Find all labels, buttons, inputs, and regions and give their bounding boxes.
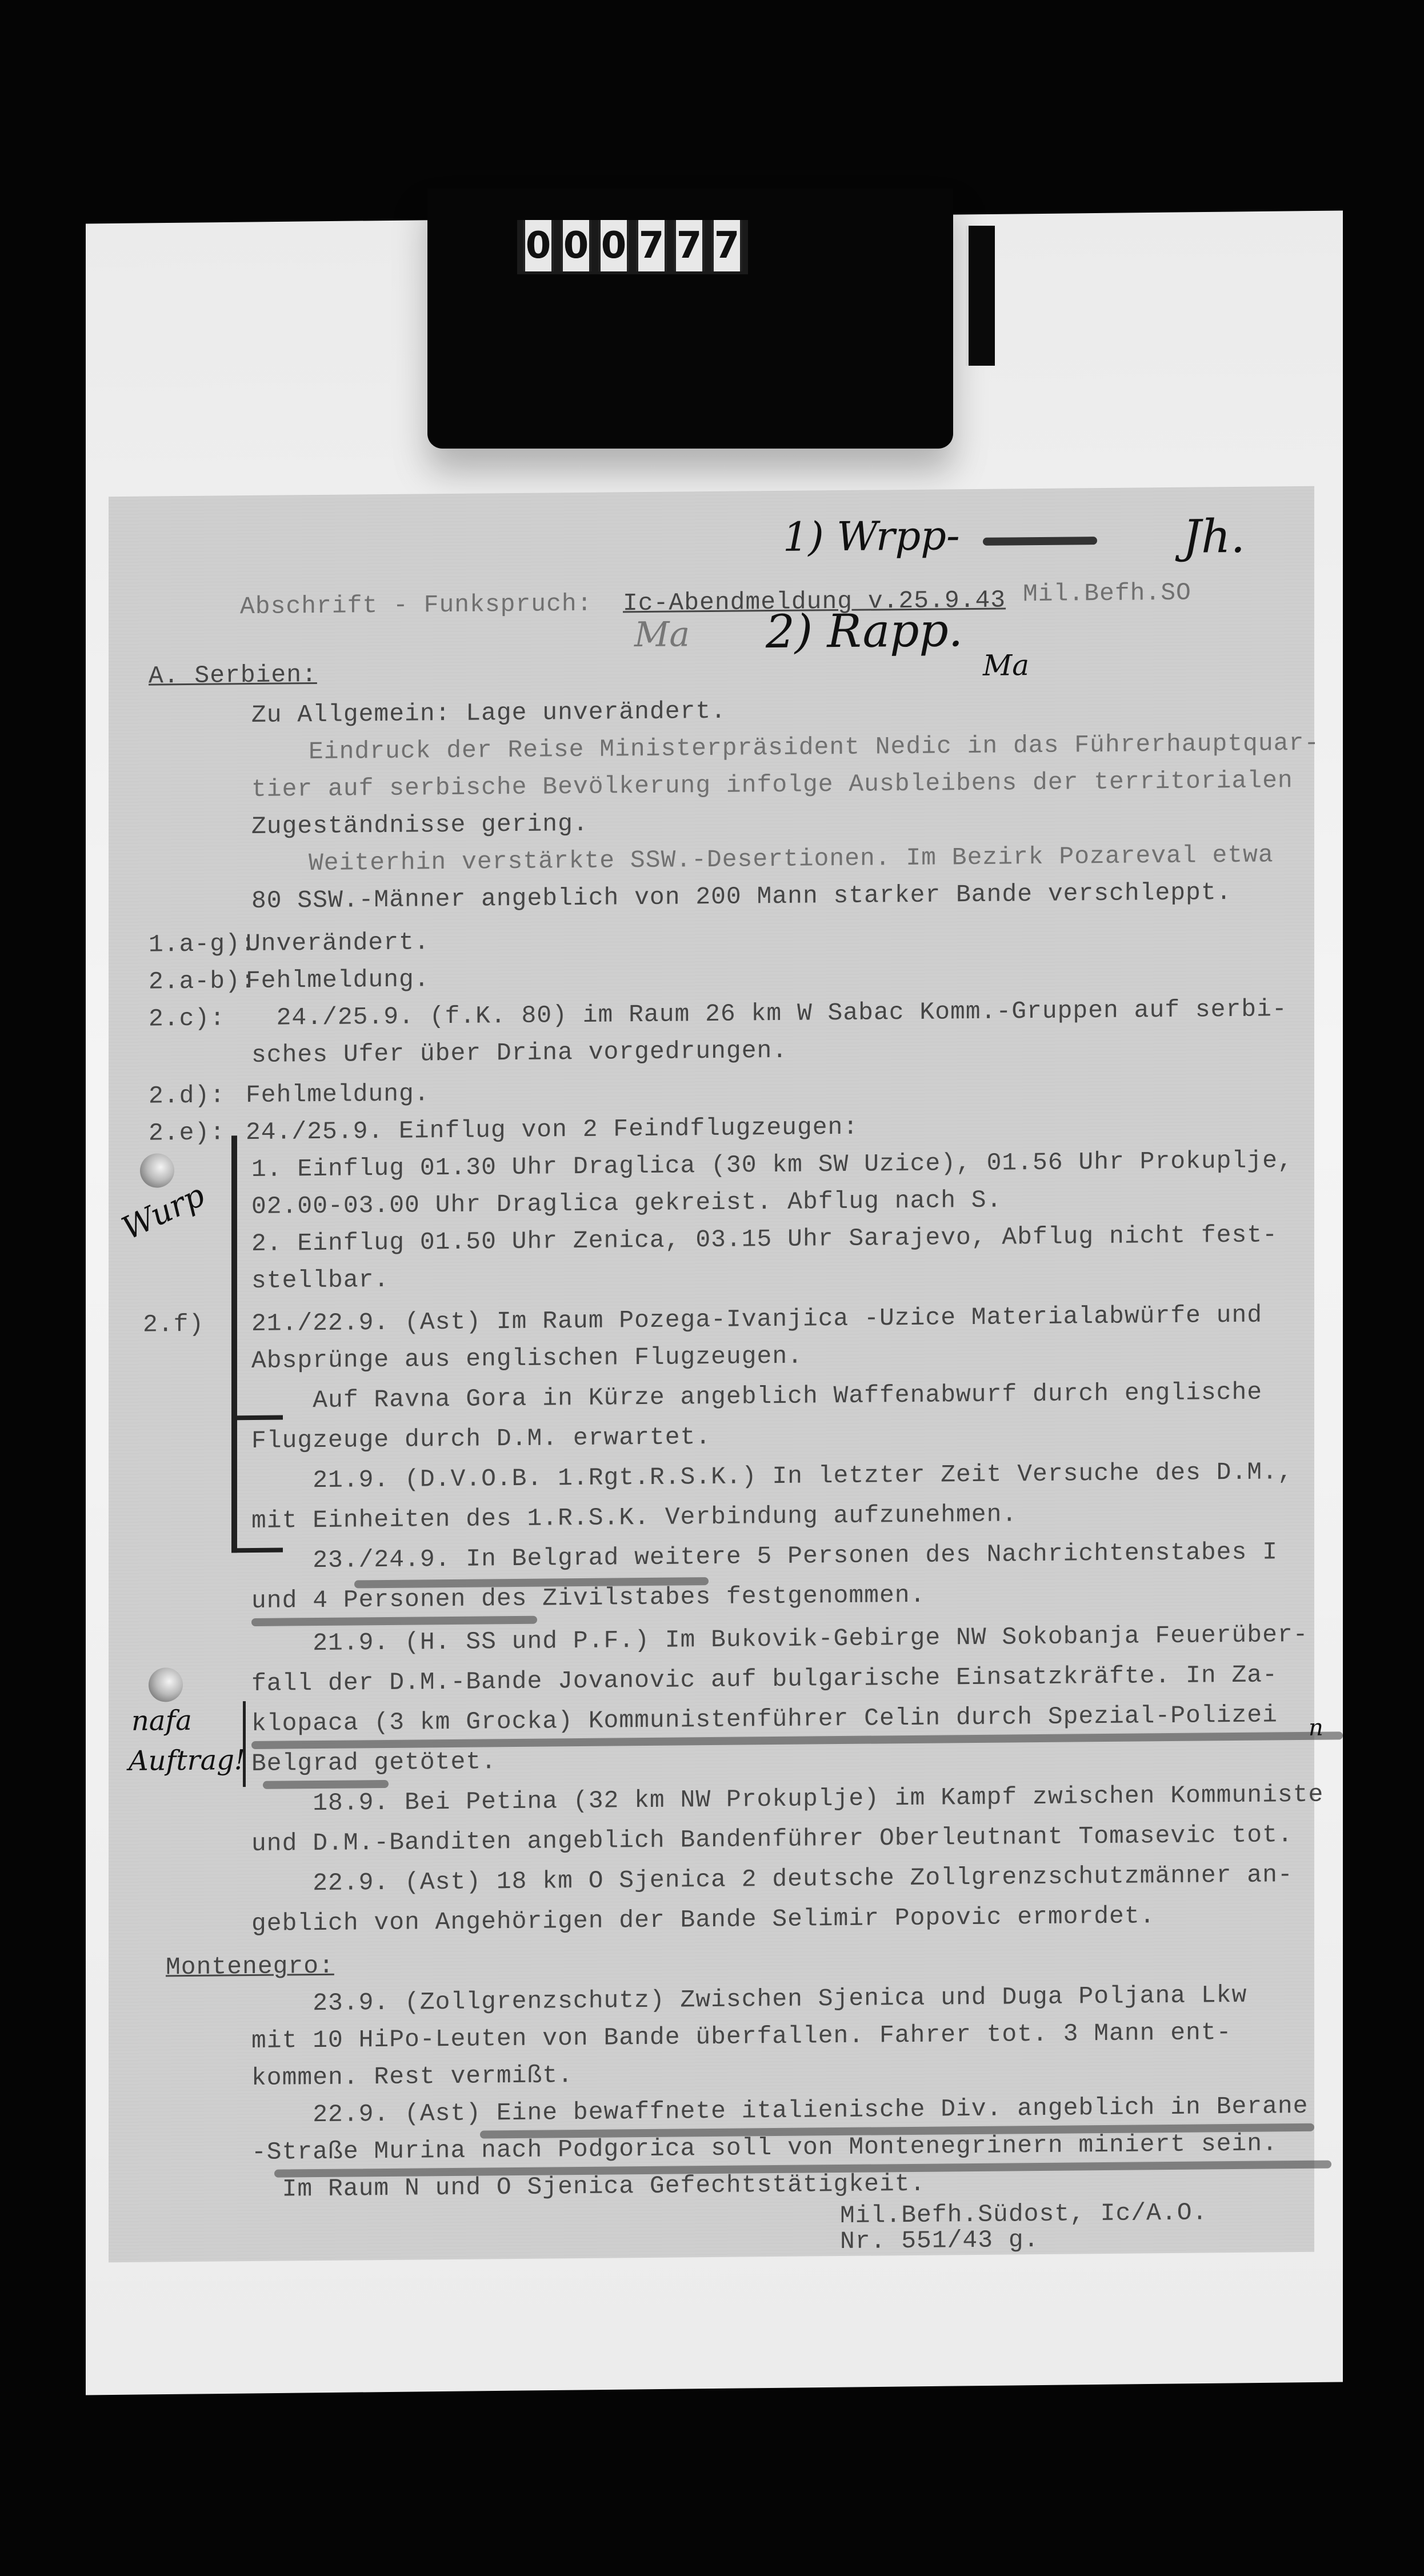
text-line: 18.9. Bei Petina (32 km NW Prokuplje) im… [251, 1781, 1323, 1818]
item-text: Unverändert. [246, 928, 430, 958]
margin-note: Auftrag! [129, 1744, 245, 1777]
counter-digit: 0 [561, 220, 591, 271]
text-line: mit Einheiten des 1.R.S.K. Verbindung au… [251, 1500, 1017, 1535]
counter-digit: 0 [598, 220, 629, 271]
text-line: 80 SSW.-Männer angeblich von 200 Mann st… [251, 878, 1231, 915]
text-line: Im Raum N und O Sjenica Gefechtstätigkei… [251, 2170, 925, 2203]
text-line: 22.9. (Ast) 18 km O Sjenica 2 deutsche Z… [251, 1861, 1293, 1898]
item-label: 2.c): [149, 1004, 225, 1033]
highlight-underline [251, 1616, 537, 1626]
item-label: 2.d): [149, 1081, 225, 1110]
signature-line-1: Mil.Befh.Südost, Ic/A.O. [840, 2198, 1207, 2230]
flight-line: 02.00-03.00 Uhr Draglica gekreist. Abflu… [251, 1186, 1002, 1221]
item-text: 24./25.9. Einflug von 2 Feindflugzeugen: [246, 1113, 858, 1146]
punch-hole [140, 1153, 174, 1188]
text-line: Zu Allgemein: Lage unverändert. [251, 697, 726, 729]
text-line: Auf Ravna Gora in Kürze angeblich Waffen… [251, 1378, 1262, 1415]
item-label: 2.e): [149, 1118, 225, 1147]
margin-bracket-line [231, 1135, 237, 1553]
signature-line-2: Nr. 551/43 g. [840, 2226, 1039, 2255]
margin-letter: n [1309, 1715, 1323, 1741]
item-label: 2.f) [143, 1310, 204, 1339]
margin-note: nafa [131, 1705, 192, 1737]
text-line: geblich von Angehörigen der Bande Selimi… [251, 1902, 1155, 1938]
item-label: 1.a-g): [149, 930, 256, 959]
counter-digit: 7 [636, 220, 667, 271]
document-sheet: 1) Wrpp- Jh. Ma 2) Rapp. Ma Abschrift - … [109, 486, 1314, 2262]
text-line: und 4 Personen des Zivilstabes festgenom… [251, 1581, 925, 1615]
handwritten-initials: Jh. [1183, 510, 1245, 563]
handwritten-mark: Ma [983, 649, 1029, 682]
margin-note: Wurp [117, 1177, 210, 1247]
section-montenegro: Montenegro: [166, 1952, 334, 1982]
counter-digit: 7 [711, 220, 742, 271]
text-line: mit 10 HiPo-Leuten von Bande überfallen.… [251, 2018, 1231, 2055]
text-line: 21.9. (H. SS und P.F.) Im Bukovik-Gebirg… [251, 1621, 1309, 1658]
section-serbien: A. Serbien: [149, 661, 317, 690]
item-text: Fehlmeldung. [246, 1079, 430, 1109]
text-line: kommen. Rest vermißt. [251, 2061, 573, 2092]
header-recipient: Mil.Befh.SO [1023, 579, 1191, 609]
text-line: 22.9. (Ast) Eine bewaffnete italienische… [251, 2092, 1309, 2129]
text-line: 23./24.9. In Belgrad weitere 5 Personen … [251, 1538, 1278, 1575]
item-text: Fehlmeldung. [246, 965, 430, 995]
text-line: Eindruck der Reise Ministerpräsident Ned… [309, 729, 1319, 766]
flight-line: 1. Einflug 01.30 Uhr Draglica (30 km SW … [251, 1146, 1293, 1183]
header-prefix: Abschrift - Funkspruch: [240, 590, 593, 621]
counter-digit: 0 [523, 220, 554, 271]
text-line: klopaca (3 km Grocka) Kommunistenführer … [251, 1701, 1278, 1738]
text-line: 23.9. (Zollgrenzschutz) Zwischen Sjenica… [251, 1981, 1247, 2018]
margin-bar [243, 1701, 246, 1787]
clip-strap [966, 226, 995, 366]
text-line: Flugzeuge durch D.M. erwartet. [251, 1423, 711, 1455]
highlight-underline [263, 1780, 389, 1789]
text-line: -Straße Murina nach Podgorica soll von M… [251, 2129, 1278, 2166]
text-line: 21.9. (D.V.O.B. 1.Rgt.R.S.K.) In letzter… [251, 1458, 1293, 1495]
frame-counter: 0 0 0 7 7 7 [517, 220, 748, 274]
text-line: fall der D.M.-Bande Jovanovic auf bulgar… [251, 1661, 1278, 1698]
item-label: 2.a-b): [149, 967, 256, 996]
text-line: Belgrad getötet. [251, 1747, 497, 1778]
text-line: tier auf serbische Bevölkerung infolge A… [251, 766, 1293, 803]
text-line: Weiterhin verstärkte SSW.-Desertionen. I… [309, 841, 1274, 877]
text-line: Absprünge aus englischen Flugzeugen. [251, 1342, 803, 1375]
text-line: und D.M.-Banditen angeblich Bandenführer… [251, 1821, 1293, 1858]
counter-digit: 7 [674, 220, 705, 271]
text-line: 21./22.9. (Ast) Im Raum Pozega-Ivanjica … [251, 1301, 1262, 1338]
pen-stroke [983, 537, 1097, 546]
item-text: 24./25.9. (f.K. 80) im Raum 26 km W Saba… [246, 995, 1287, 1032]
flight-line: 2. Einflug 01.50 Uhr Zenica, 03.15 Uhr S… [251, 1221, 1278, 1258]
document-title: Ic-Abendmeldung v.25.9.43 [623, 586, 1006, 618]
item-text-cont: sches Ufer über Drina vorgedrungen. [251, 1037, 787, 1069]
margin-bracket-tick [231, 1415, 283, 1421]
handwritten-note-1: 1) Wrpp- [783, 512, 960, 561]
flight-line: stellbar. [251, 1266, 389, 1295]
handwritten-initials-faint: Ma [634, 614, 690, 655]
punch-hole [149, 1667, 183, 1702]
text-line: Zugeständnisse gering. [251, 810, 589, 841]
